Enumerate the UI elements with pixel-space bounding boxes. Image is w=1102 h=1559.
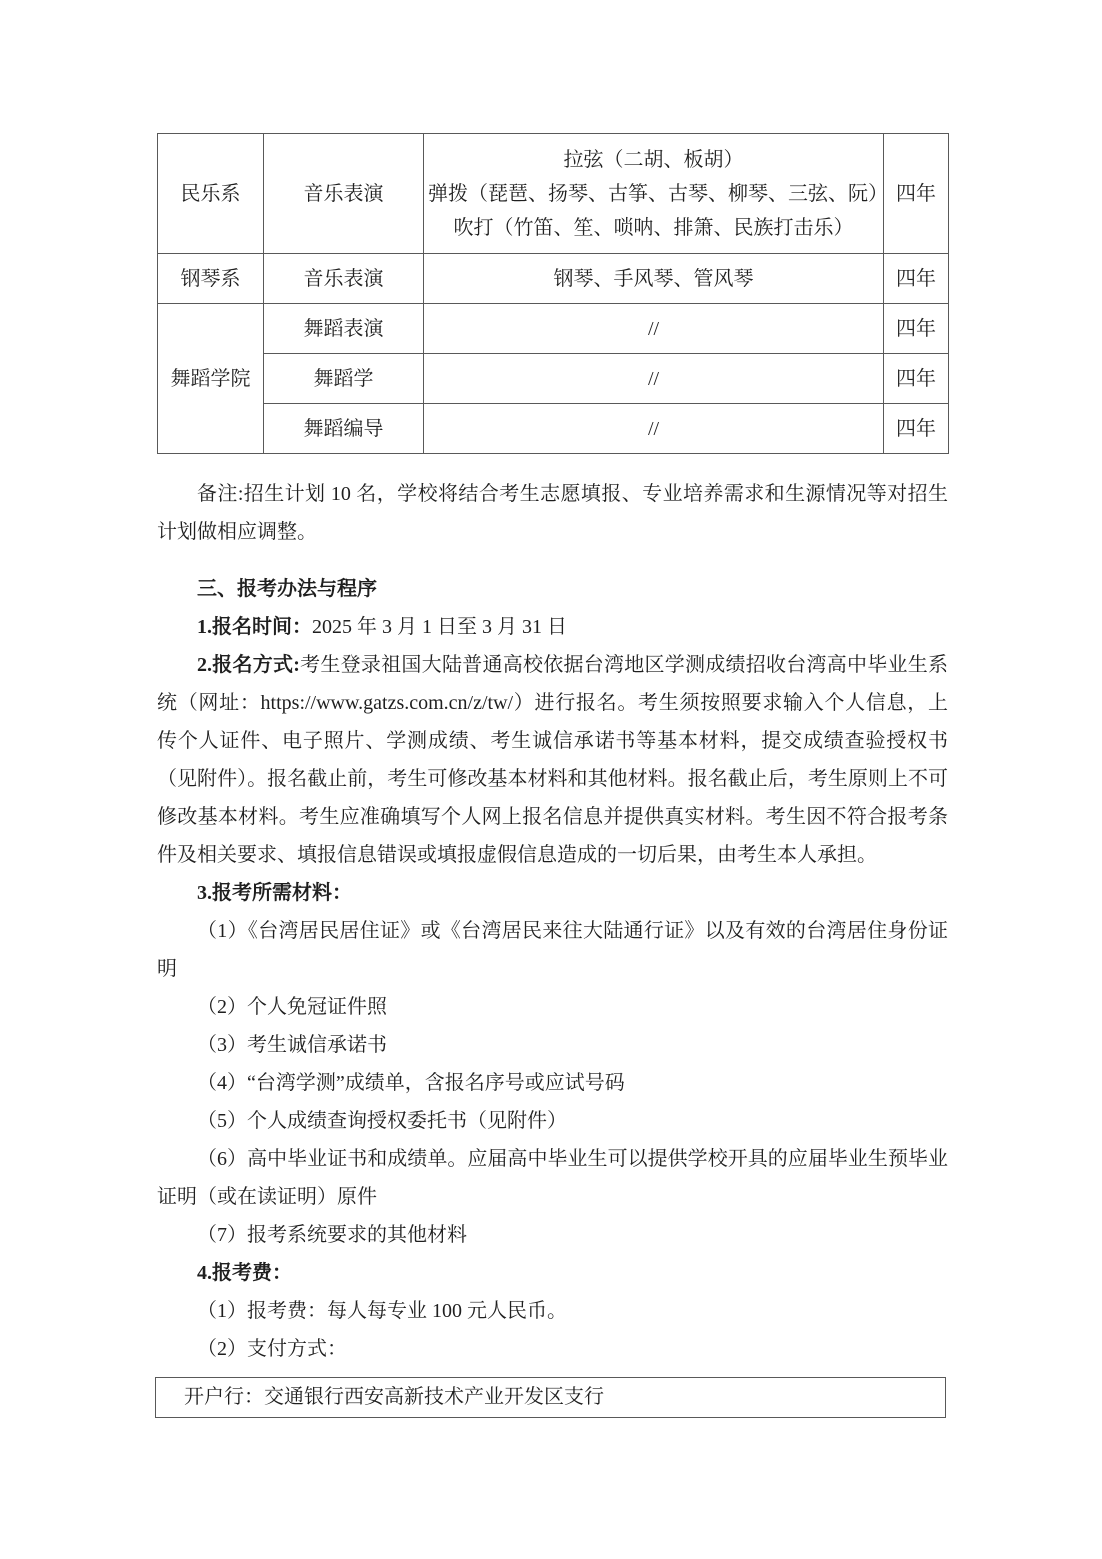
- major-cell: 舞蹈编导: [264, 404, 424, 454]
- body-text: 备注:招生计划 10 名，学校将结合考生志愿填报、专业培养需求和生源情况等对招生…: [157, 475, 948, 1418]
- table-row: 民乐系 音乐表演 拉弦（二胡、板胡） 弹拨（琵琶、扬琴、古筝、古琴、柳琴、三弦、…: [158, 134, 949, 254]
- direction-line: 拉弦（二胡、板胡）: [428, 143, 879, 177]
- dept-cell: 钢琴系: [158, 254, 264, 304]
- materials-item: （1）《台湾居民居住证》或《台湾居民来往大陆通行证》以及有效的台湾居住身份证明: [157, 912, 948, 988]
- dept-cell: 舞蹈学院: [158, 304, 264, 454]
- document-content: 民乐系 音乐表演 拉弦（二胡、板胡） 弹拨（琵琶、扬琴、古筝、古琴、柳琴、三弦、…: [157, 133, 948, 1418]
- table-row: 舞蹈学 // 四年: [158, 354, 949, 404]
- section-heading: 三、报考办法与程序: [157, 570, 948, 608]
- directions-cell: //: [424, 404, 884, 454]
- duration-cell: 四年: [884, 354, 949, 404]
- materials-item: （3）考生诚信承诺书: [157, 1026, 948, 1064]
- item-signup-time-label: 1.报名时间：: [197, 616, 312, 638]
- dept-cell: 民乐系: [158, 134, 264, 254]
- fee-item: （2）支付方式：: [157, 1330, 948, 1368]
- direction-line: 吹打（竹笛、笙、唢呐、排箫、民族打击乐）: [428, 211, 879, 245]
- table-row: 舞蹈学院 舞蹈表演 // 四年: [158, 304, 949, 354]
- document-page: 民乐系 音乐表演 拉弦（二胡、板胡） 弹拨（琵琶、扬琴、古筝、古琴、柳琴、三弦、…: [0, 0, 1102, 1559]
- materials-item: （5）个人成绩查询授权委托书（见附件）: [157, 1102, 948, 1140]
- item-fee-heading: 4.报考费：: [157, 1254, 948, 1292]
- directions-cell: 拉弦（二胡、板胡） 弹拨（琵琶、扬琴、古筝、古琴、柳琴、三弦、阮） 吹打（竹笛、…: [424, 134, 884, 254]
- bank-account-box: 开户行：交通银行西安高新技术产业开发区支行: [155, 1377, 946, 1418]
- major-cell: 舞蹈学: [264, 354, 424, 404]
- program-table: 民乐系 音乐表演 拉弦（二胡、板胡） 弹拨（琵琶、扬琴、古筝、古琴、柳琴、三弦、…: [157, 133, 949, 454]
- fee-item: （1）报考费：每人每专业 100 元人民币。: [157, 1292, 948, 1330]
- materials-item: （2）个人免冠证件照: [157, 988, 948, 1026]
- table-row: 钢琴系 音乐表演 钢琴、手风琴、管风琴 四年: [158, 254, 949, 304]
- major-cell: 舞蹈表演: [264, 304, 424, 354]
- duration-cell: 四年: [884, 134, 949, 254]
- item-signup-time: 1.报名时间：2025 年 3 月 1 日至 3 月 31 日: [157, 608, 948, 646]
- materials-item: （7）报考系统要求的其他材料: [157, 1216, 948, 1254]
- item-signup-method-text: 考生登录祖国大陆普通高校依据台湾地区学测成绩招收台湾高中毕业生系统（网址：htt…: [157, 654, 948, 866]
- item-signup-method: 2.报名方式:考生登录祖国大陆普通高校依据台湾地区学测成绩招收台湾高中毕业生系统…: [157, 646, 948, 874]
- bank-account-text: 开户行：交通银行西安高新技术产业开发区支行: [184, 1386, 604, 1408]
- duration-cell: 四年: [884, 254, 949, 304]
- duration-cell: 四年: [884, 404, 949, 454]
- duration-cell: 四年: [884, 304, 949, 354]
- directions-cell: 钢琴、手风琴、管风琴: [424, 254, 884, 304]
- materials-item: （6）高中毕业证书和成绩单。应届高中毕业生可以提供学校开具的应届毕业生预毕业证明…: [157, 1140, 948, 1216]
- major-cell: 音乐表演: [264, 134, 424, 254]
- item-signup-method-label: 2.报名方式:: [197, 654, 300, 676]
- materials-item: （4）“台湾学测”成绩单，含报名序号或应试号码: [157, 1064, 948, 1102]
- note-paragraph: 备注:招生计划 10 名，学校将结合考生志愿填报、专业培养需求和生源情况等对招生…: [157, 475, 948, 551]
- direction-line: 弹拨（琵琶、扬琴、古筝、古琴、柳琴、三弦、阮）: [428, 177, 879, 211]
- item-materials-heading: 3.报考所需材料：: [157, 874, 948, 912]
- directions-cell: //: [424, 354, 884, 404]
- item-signup-time-text: 2025 年 3 月 1 日至 3 月 31 日: [312, 616, 567, 638]
- directions-cell: //: [424, 304, 884, 354]
- table-row: 舞蹈编导 // 四年: [158, 404, 949, 454]
- major-cell: 音乐表演: [264, 254, 424, 304]
